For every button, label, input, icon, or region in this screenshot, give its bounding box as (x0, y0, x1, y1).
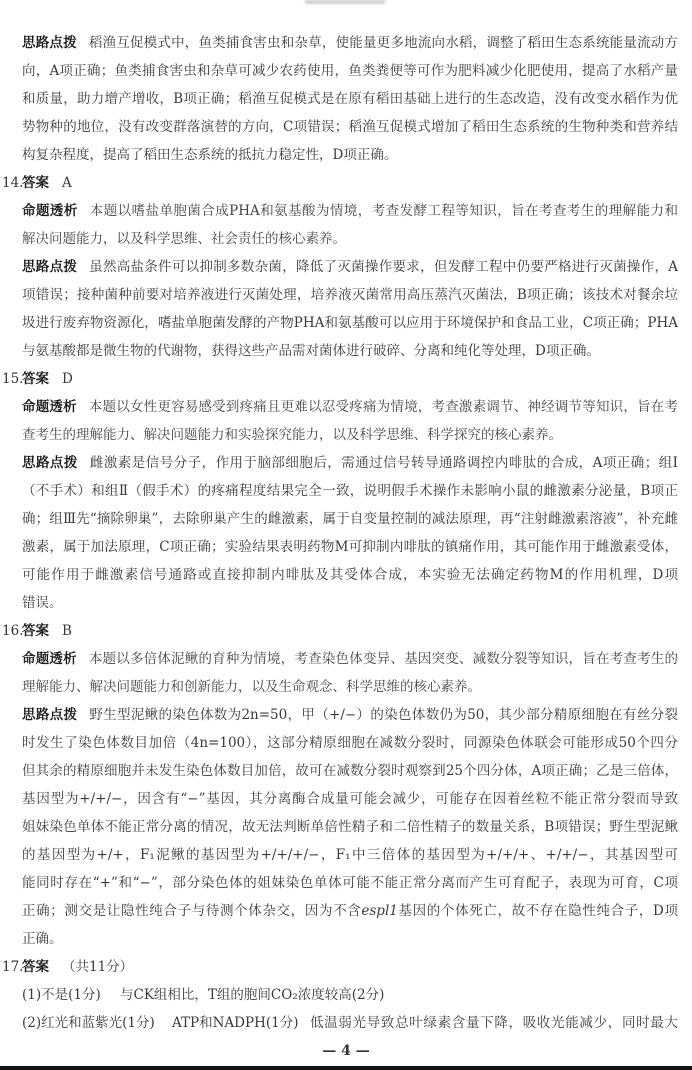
answer-label: 答案 (22, 169, 49, 197)
question-header-17: 17. 答案 （共11分） (0, 953, 692, 981)
question-number: 14. (2, 169, 23, 197)
answer-score-total: （共11分） (62, 953, 133, 981)
document-page: 思路点拨稻渔互促模式中，鱼类捕食害虫和杂草，使能量更多地流向水稻，调整了稻田生态… (0, 0, 692, 1070)
analysis-label: 命题透析 (22, 399, 77, 415)
question-number: 15. (2, 365, 23, 393)
page-content: 思路点拨稻渔互促模式中，鱼类捕食害虫和杂草，使能量更多地流向水稻，调整了稻田生态… (0, 29, 692, 1065)
hint-text: 雌激素是信号分子，作用于脑部细胞后，需通过信号转导通路调控内啡肽的合成，A项正确… (90, 455, 678, 471)
cut-off-header-fragment (305, 0, 385, 4)
question-number: 17. (2, 953, 23, 981)
answer-label: 答案 (22, 617, 49, 645)
hint-line: 激素，属于加法原理，C项正确；实验结果表明药物M可抑制内啡肽的镇痛作用，其可能作… (22, 533, 678, 561)
hint-label: 思路点拨 (22, 35, 77, 51)
hint-line: 基因型为+/+/−，因含有“−”基因，其分离酶合成量可能会减少，可能存在因着丝粒… (22, 785, 678, 813)
hint-line: 可能作用于雌激素信号通路或直接抑制内啡肽及其受体合成，本实验无法确定药物M的作用… (22, 561, 678, 589)
bottom-edge-rule (0, 1066, 692, 1070)
hint-line: 但其余的精原细胞并未发生染色体数目加倍，故可在减数分裂时观察到25个四分体，A项… (22, 757, 678, 785)
hint-line: 姐妹染色单体不能正常分离的情况，故无法判断单倍性精子和二倍性精子的数量关系，B项… (22, 813, 678, 841)
hint-text: 正确；测交是让隐性纯合子与待测个体杂交，因为不含 (22, 903, 361, 919)
hint-line: （不手术）和组Ⅱ（假手术）的疼痛程度结果完全一致，说明假手术操作未影响小鼠的雌激… (22, 477, 678, 505)
hint-label: 思路点拨 (22, 707, 77, 723)
analysis-line: 查考生的理解能力、解决问题能力和实验探究能力，以及科学思维、科学探究的核心素养。 (22, 421, 678, 449)
analysis-line: 命题透析本题以嗜盐单胞菌合成PHA和氨基酸为情境，考查发酵工程等知识，旨在考查考… (22, 197, 678, 225)
question-number: 16. (2, 617, 23, 645)
part-answer: 与CK组相比，T组的胞间CO₂浓度较高(2分) (120, 981, 384, 1009)
part-answer: (2)红光和蓝紫光(1分) (22, 1009, 155, 1037)
answer-value: D (62, 365, 73, 393)
question-header-16: 16. 答案 B (0, 617, 692, 645)
hint-line: 思路点拨稻渔互促模式中，鱼类捕食害虫和杂草，使能量更多地流向水稻，调整了稻田生态… (22, 29, 678, 57)
analysis-label: 命题透析 (22, 651, 77, 667)
answer-label: 答案 (22, 365, 49, 393)
hint-line: 思路点拨野生型泥鳅的染色体数为2n=50，甲（+/−）的染色体数仍为50，其少部… (22, 701, 678, 729)
analysis-line: 命题透析本题以多倍体泥鳅的育种为情境，考查染色体变异、基因突变、减数分裂等知识，… (22, 645, 678, 673)
question-header-14: 14. 答案 A (0, 169, 692, 197)
hint-line: 正确。 (22, 925, 678, 953)
part-answer: ATP和NADPH(1分) (172, 1009, 298, 1037)
hint-line: 圾进行废弃物资源化，嗜盐单胞菌发酵的产物PHA和氨基酸可以应用于环境保护和食品工… (22, 309, 678, 337)
analysis-text: 本题以多倍体泥鳅的育种为情境，考查染色体变异、基因突变、减数分裂等知识，旨在考查… (89, 651, 678, 667)
answer-part-2: (2)红光和蓝紫光(1分) ATP和NADPH(1分) 低温弱光导致总叶绿素含量… (0, 1009, 692, 1037)
hint-line: 正确；测交是让隐性纯合子与待测个体杂交，因为不含espl1基因的个体死亡，故不存… (22, 897, 678, 925)
analysis-line: 解决问题能力，以及科学思维、社会责任的核心素养。 (22, 225, 678, 253)
hint-line: 错误。 (22, 589, 678, 617)
analysis-text: 本题以嗜盐单胞菌合成PHA和氨基酸为情境，考查发酵工程等知识，旨在考查考生的理解… (90, 203, 678, 219)
analysis-label: 命题透析 (22, 203, 78, 219)
hint-text: 基因的个体死亡，故不存在隐性纯合子，D项 (398, 903, 678, 919)
hint-line: 势物种的地位，没有改变群落演替的方向，C项错误；稻渔互促模式增加了稻田生态系统的… (22, 113, 678, 141)
hint-line: 的基因型为+/+，F₁泥鳅的基因型为+/+/+/−，F₁中三倍体的基因型为+/+… (22, 841, 678, 869)
hint-text: 稻渔互促模式中，鱼类捕食害虫和杂草，使能量更多地流向水稻，调整了稻田生态系统能量… (89, 35, 678, 51)
hint-line: 时发生了染色体数目加倍（4n=100），这部分精原细胞在减数分裂时，同源染色体联… (22, 729, 678, 757)
part-answer: 低温弱光导致总叶绿素含量下降，吸收光能减少，同时最大 (310, 1009, 678, 1037)
answer-label: 答案 (22, 953, 49, 981)
question-header-15: 15. 答案 D (0, 365, 692, 393)
hint-line: 思路点拨虽然高盐条件可以抑制多数杂菌，降低了灭菌操作要求，但发酵工程中仍要严格进… (22, 253, 678, 281)
answer-value: A (62, 169, 72, 197)
hint-line: 和质量，助力增产增收，B项正确；稻渔互促模式是在原有稻田基础上进行的生态改造，没… (22, 85, 678, 113)
hint-line: 能同时存在“+”和“−”，部分染色体的姐妹染色单体可能不能正常分离而产生可育配子… (22, 869, 678, 897)
hint-text: 虽然高盐条件可以抑制多数杂菌，降低了灭菌操作要求，但发酵工程中仍要严格进行灭菌操… (89, 259, 678, 275)
analysis-line: 理解能力、解决问题能力和创新能力，以及生命观念、科学思维的核心素养。 (22, 673, 678, 701)
hint-line: 项错误；接种菌种前要对培养液进行灭菌处理，培养液灭菌常用高压蒸汽灭菌法，B项正确… (22, 281, 678, 309)
hint-line: 向，A项正确；鱼类捕食害虫和杂草可减少农药使用，鱼类粪便等可作为肥料减少化肥使用… (22, 57, 678, 85)
analysis-text: 本题以女性更容易感受到疼痛且更难以忍受疼痛为情境，考查激素调节、神经调节等知识，… (89, 399, 678, 415)
hint-label: 思路点拨 (22, 259, 77, 275)
hint-line: 思路点拨雌激素是信号分子，作用于脑部细胞后，需通过信号转导通路调控内啡肽的合成，… (22, 449, 678, 477)
answer-value: B (62, 617, 72, 645)
analysis-line: 命题透析本题以女性更容易感受到疼痛且更难以忍受疼痛为情境，考查激素调节、神经调节… (22, 393, 678, 421)
part-answer: (1)不是(1分) (22, 981, 101, 1009)
hint-line: 构复杂程度，提高了稻田生态系统的抵抗力稳定性，D项正确。 (22, 141, 678, 169)
hint-line: 与氨基酸都是微生物的代谢物，获得这些产品需对菌体进行破碎、分离和纯化等处理，D项… (22, 337, 678, 365)
hint-line: 确；组Ⅲ先“摘除卵巢”，去除卵巢产生的雌激素，属于自变量控制的减法原理，再“注射… (22, 505, 678, 533)
page-number: — 4 — (0, 1037, 692, 1065)
hint-label: 思路点拨 (22, 455, 78, 471)
gene-name: espl1 (361, 903, 397, 919)
hint-text: 野生型泥鳅的染色体数为2n=50，甲（+/−）的染色体数仍为50，其少部分精原细… (89, 707, 678, 723)
answer-part-1: (1)不是(1分) 与CK组相比，T组的胞间CO₂浓度较高(2分) (0, 981, 692, 1009)
